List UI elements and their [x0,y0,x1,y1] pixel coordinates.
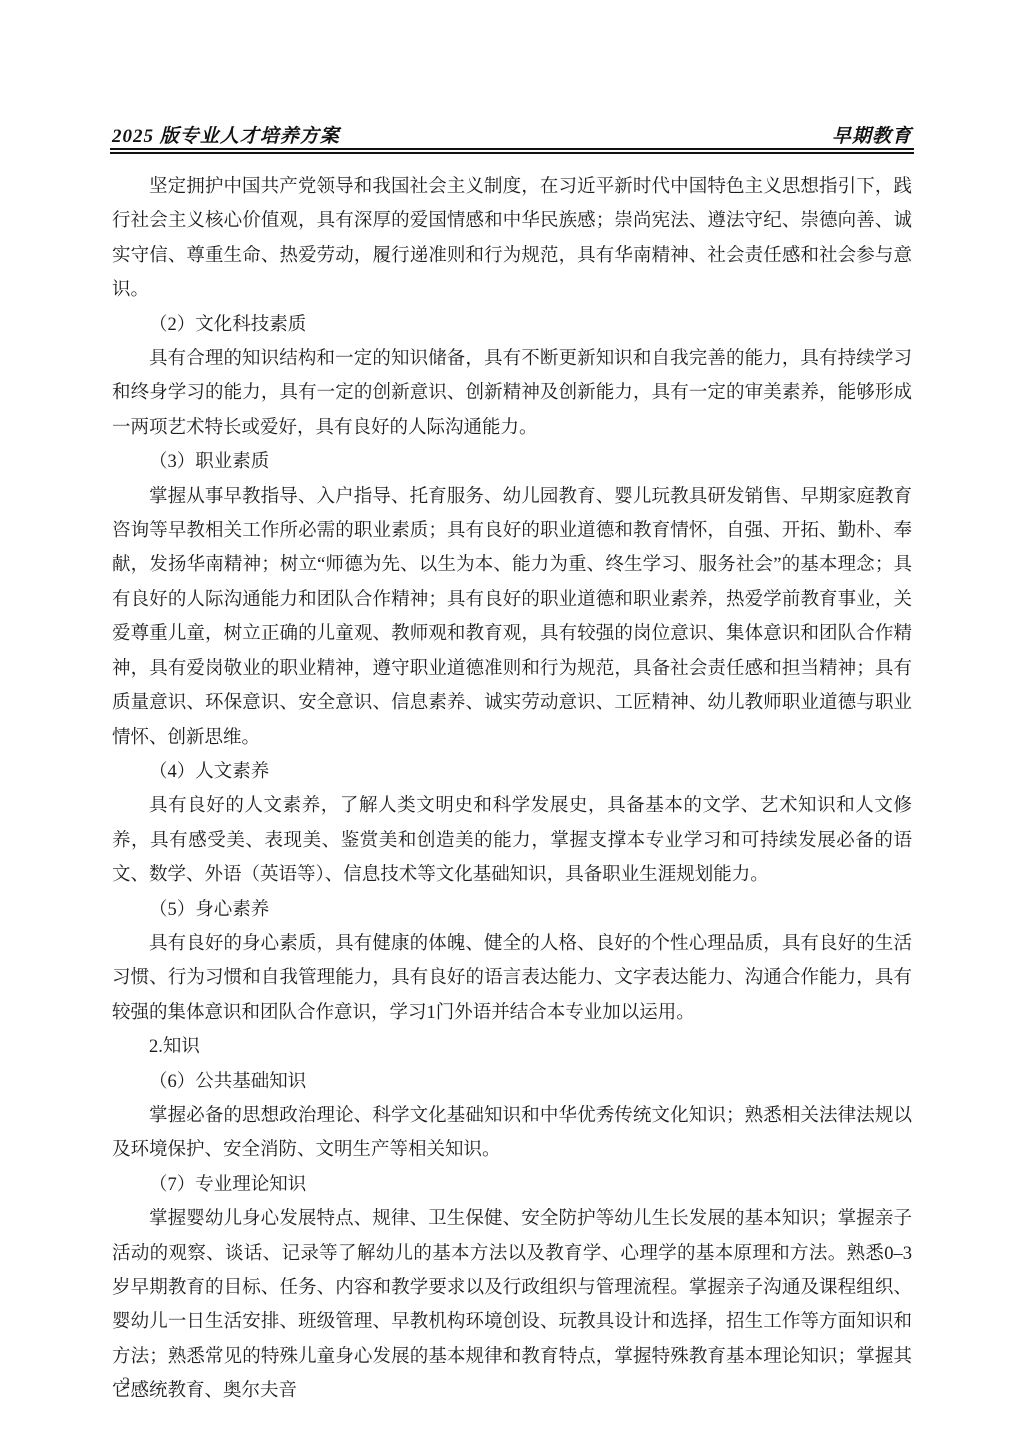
page-number: 2 [122,1375,130,1393]
header-left-title: 2025 版专业人才培养方案 [112,121,340,148]
section-heading: （6）公共基础知识 [112,1065,912,1099]
body-paragraph: 坚定拥护中国共产党领导和我国社会主义制度，在习近平新时代中国特色主义思想指引下，… [112,170,912,308]
section-heading: （3）职业素质 [112,445,912,479]
section-heading: （4）人文素养 [112,755,912,789]
body-paragraph: 掌握婴幼儿身心发展特点、规律、卫生保健、安全防护等幼儿生长发展的基本知识；掌握亲… [112,1202,912,1408]
document-body: 坚定拥护中国共产党领导和我国社会主义制度，在习近平新时代中国特色主义思想指引下，… [112,170,912,1409]
body-paragraph: 具有合理的知识结构和一定的知识储备，具有不断更新知识和自我完善的能力，具有持续学… [112,342,912,445]
header-divider-rule [110,148,914,154]
section-heading: （7）专业理论知识 [112,1168,912,1202]
section-heading: （5）身心素养 [112,893,912,927]
running-header: 2025 版专业人才培养方案 早期教育 [112,121,912,148]
body-paragraph: 掌握从事早教指导、入户指导、托育服务、幼儿园教育、婴儿玩教具研发销售、早期家庭教… [112,480,912,755]
header-right-title: 早期教育 [832,121,912,148]
section-heading: 2.知识 [112,1030,912,1064]
section-heading: （2）文化科技素质 [112,308,912,342]
body-paragraph: 具有良好的身心素质，具有健康的体魄、健全的人格、良好的个性心理品质，具有良好的生… [112,927,912,1030]
document-page: 2025 版专业人才培养方案 早期教育 坚定拥护中国共产党领导和我国社会主义制度… [0,0,1024,1448]
body-paragraph: 具有良好的人文素养，了解人类文明史和科学发展史，具备基本的文学、艺术知识和人文修… [112,789,912,892]
body-paragraph: 掌握必备的思想政治理论、科学文化基础知识和中华优秀传统文化知识；熟悉相关法律法规… [112,1099,912,1168]
